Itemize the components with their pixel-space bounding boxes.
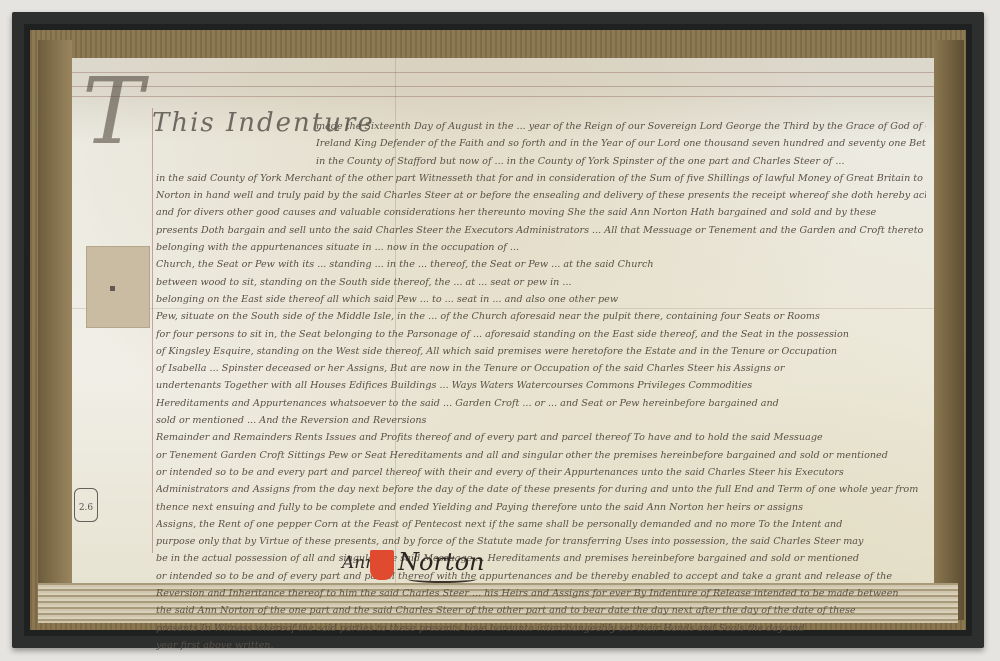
body-line: belonging on the East side thereof all w… xyxy=(156,291,926,308)
signature-flourish xyxy=(407,575,477,583)
body-line: thence next ensuing and fully to be comp… xyxy=(156,499,926,516)
body-line: Administrators and Assigns from the day … xyxy=(156,481,926,498)
body-line: made the Sixteenth Day of August in the … xyxy=(156,118,926,135)
margin-line xyxy=(152,108,153,553)
body-line: Assigns, the Rent of one pepper Corn at … xyxy=(156,516,926,533)
ruled-line xyxy=(72,72,934,73)
body-line: of Kingsley Esquire, standing on the Wes… xyxy=(156,343,926,360)
body-line: in the said County of York Merchant of t… xyxy=(156,170,926,187)
body-line: year first above written. xyxy=(156,637,926,654)
body-line: be in the actual possession of all and s… xyxy=(156,550,926,567)
body-line: Ireland King Defender of the Faith and s… xyxy=(156,135,926,152)
body-line: Hereditaments and Appurtenances whatsoev… xyxy=(156,395,926,412)
body-line: Pew, situate on the South side of the Mi… xyxy=(156,308,926,325)
indenture-body: made the Sixteenth Day of August in the … xyxy=(156,118,926,654)
body-line: between wood to sit, standing on the Sou… xyxy=(156,274,926,291)
body-line: in the County of Stafford but now of ...… xyxy=(156,153,926,170)
body-line: or intended so to be and of every part a… xyxy=(156,568,926,585)
body-line: Remainder and Remainders Rents Issues an… xyxy=(156,429,926,446)
body-line: undertenants Together with all Houses Ed… xyxy=(156,377,926,394)
body-line: Norton in hand well and truly paid by th… xyxy=(156,187,926,204)
body-line: purpose only that by Virtue of these pre… xyxy=(156,533,926,550)
margin-stamp: 2.6 xyxy=(74,488,98,522)
body-line: sold or mentioned ... And the Reversion … xyxy=(156,412,926,429)
frame-liner-right xyxy=(934,40,964,620)
wax-seal xyxy=(370,550,394,580)
body-line: belonging with the appurtenances situate… xyxy=(156,239,926,256)
body-line: presents Doth bargain and sell unto the … xyxy=(156,222,926,239)
body-line: of Isabella ... Spinster deceased or her… xyxy=(156,360,926,377)
ruled-line xyxy=(72,86,934,87)
seal-mark-icon xyxy=(110,286,115,291)
body-line: for four persons to sit in, the Seat bel… xyxy=(156,326,926,343)
ruled-line xyxy=(72,96,934,97)
body-line: the said Ann Norton of the one part and … xyxy=(156,602,926,619)
paper-seal-patch xyxy=(86,246,150,328)
signature-last-name: Norton xyxy=(398,548,484,576)
body-line: or Tenement Garden Croft Sittings Pew or… xyxy=(156,447,926,464)
body-line: or intended so to be and every part and … xyxy=(156,464,926,481)
frame-liner-left xyxy=(38,40,72,620)
decorative-initial: T xyxy=(82,66,143,158)
body-line: Church, the Seat or Pew with its ... sta… xyxy=(156,256,926,273)
body-line: presents In Witness whereof the said par… xyxy=(156,620,926,637)
body-line: and for divers other good causes and val… xyxy=(156,204,926,221)
body-line: Reversion and Inheritance thereof to him… xyxy=(156,585,926,602)
indenture-document: T This Indenture 2.6 made the Sixteenth … xyxy=(72,58,934,583)
